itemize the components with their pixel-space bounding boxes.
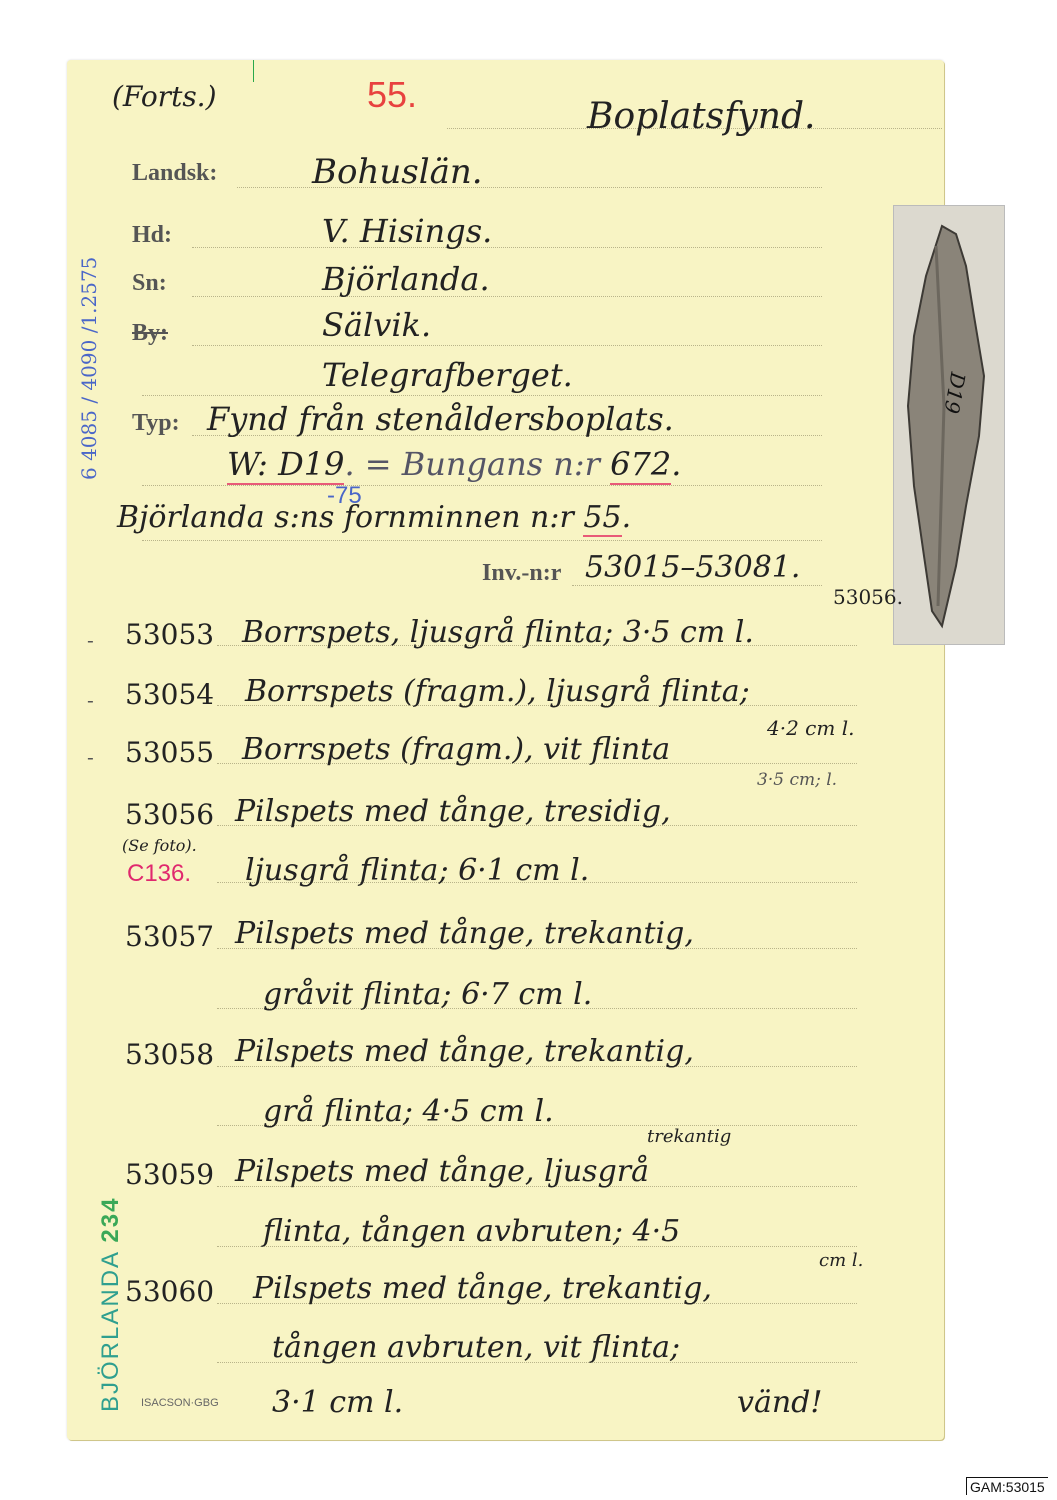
printer-mark: ISACSON·GBG — [141, 1397, 219, 1409]
dotted-line — [142, 485, 822, 486]
margin-note-blue: 6 4085 / 4090 /1.2575 — [77, 257, 101, 480]
entry-description: Pilspets med tånge, tresidig, — [235, 794, 671, 829]
photo-code: C136. — [127, 860, 191, 888]
entry-number: 53056 — [125, 798, 214, 831]
field-value-landsk: Bohuslän. — [312, 152, 483, 192]
entry-dash: - — [87, 628, 94, 652]
inserted-word: trekantig — [647, 1126, 731, 1147]
bungans-ref: . = Bungans n:r — [344, 445, 600, 483]
photo-caption: 53056. — [833, 585, 903, 609]
field-value-sn: Björlanda. — [322, 260, 490, 298]
reference-line: W: D19. = Bungans n:r 672. — [227, 445, 681, 483]
entry-description-cont: tången avbruten, vit flinta; — [272, 1330, 680, 1365]
field-value-typ: Fynd från stenåldersboplats. — [207, 400, 674, 438]
entry-number: 53059 — [125, 1158, 214, 1191]
entry-dash: - — [87, 745, 94, 769]
field-label-landsk: Landsk: — [132, 160, 217, 187]
entry-number: 53058 — [125, 1038, 214, 1071]
card-number: 55. — [367, 74, 417, 116]
entry-description: Pilspets med tånge, ljusgrå — [235, 1154, 649, 1189]
continuation-note: (Forts.) — [112, 80, 217, 113]
field-label-by-struck: By: — [132, 320, 168, 347]
period: . — [622, 500, 632, 535]
entry-description-cont: gråvit flinta; 6·7 cm l. — [263, 977, 592, 1012]
field-label-typ: Typ: — [132, 410, 180, 437]
entry-description: Pilspets med tånge, trekantig, — [235, 916, 694, 951]
arrowhead-image — [894, 206, 1004, 644]
entry-description: Borrspets (fragm.), ljusgrå flinta; — [245, 674, 750, 709]
entry-description: Pilspets med tånge, trekantig, — [253, 1271, 712, 1306]
dotted-line — [192, 247, 822, 248]
dotted-line — [572, 585, 822, 586]
entry-number: 53053 — [125, 618, 214, 651]
entry-description-cont: ljusgrå flinta; 6·1 cm l. — [245, 853, 589, 888]
bungans-number: 672 — [610, 445, 671, 485]
turn-over-note: vänd! — [737, 1385, 822, 1420]
artifact-photo: D19 — [893, 205, 1005, 645]
inventory-range: 53015–53081. — [585, 550, 800, 585]
inventory-label: Inv.-n:r — [482, 560, 561, 587]
field-label-sn: Sn: — [132, 270, 167, 297]
entry-size-note: 3·5 cm; l. — [757, 770, 837, 790]
parish-stamp-number: 234 — [97, 1197, 124, 1243]
entry-description: Borrspets, ljusgrå flinta; 3·5 cm l. — [242, 615, 754, 650]
green-tick-mark — [253, 60, 254, 82]
dotted-line — [192, 296, 822, 297]
entry-description-cont: flinta, tången avbruten; 4·5 — [263, 1214, 680, 1249]
entry-number: 53060 — [125, 1275, 214, 1308]
entry-description-cont: grå flinta; 4·5 cm l. — [263, 1094, 554, 1129]
parish-stamp: BJÖRLANDA 234 — [97, 1197, 125, 1412]
parish-stamp-text: BJÖRLANDA — [97, 1251, 124, 1412]
field-value-hd: V. Hisings. — [322, 212, 492, 250]
archive-id-label: GAM:53015 — [966, 1477, 1048, 1495]
catalogue-card: (Forts.) 55. Boplatsfynd. Landsk: Bohusl… — [67, 60, 944, 1440]
category-title: Boplatsfynd. — [587, 96, 815, 137]
entry-description: Borrspets (fragm.), vit flinta — [242, 732, 670, 767]
w-number: W: D19 — [227, 445, 344, 485]
field-label-hd: Hd: — [132, 222, 172, 249]
entry-description-cont: 3·1 cm l. — [272, 1385, 403, 1420]
dotted-line — [192, 345, 822, 346]
entry-size-note: 4·2 cm l. — [767, 716, 854, 740]
see-photo-note: (Se foto). — [122, 836, 197, 855]
dotted-line — [142, 395, 822, 396]
entry-number: 53055 — [125, 736, 214, 769]
monument-number: 55 — [583, 500, 621, 537]
entry-description: Pilspets med tånge, trekantig, — [235, 1034, 694, 1069]
entry-dash: - — [87, 688, 94, 712]
entry-number: 53057 — [125, 920, 214, 953]
monument-text: Björlanda s:ns fornminnen n:r — [117, 500, 574, 535]
monument-line: Björlanda s:ns fornminnen n:r 55. — [117, 500, 631, 535]
period: . — [671, 445, 681, 483]
entry-number: 53054 — [125, 678, 214, 711]
entry-size-note: cm l. — [819, 1250, 863, 1271]
dotted-line — [142, 540, 822, 541]
field-value-by: Sälvik. — [322, 306, 431, 344]
field-value-locality: Telegrafberget. — [322, 356, 573, 394]
